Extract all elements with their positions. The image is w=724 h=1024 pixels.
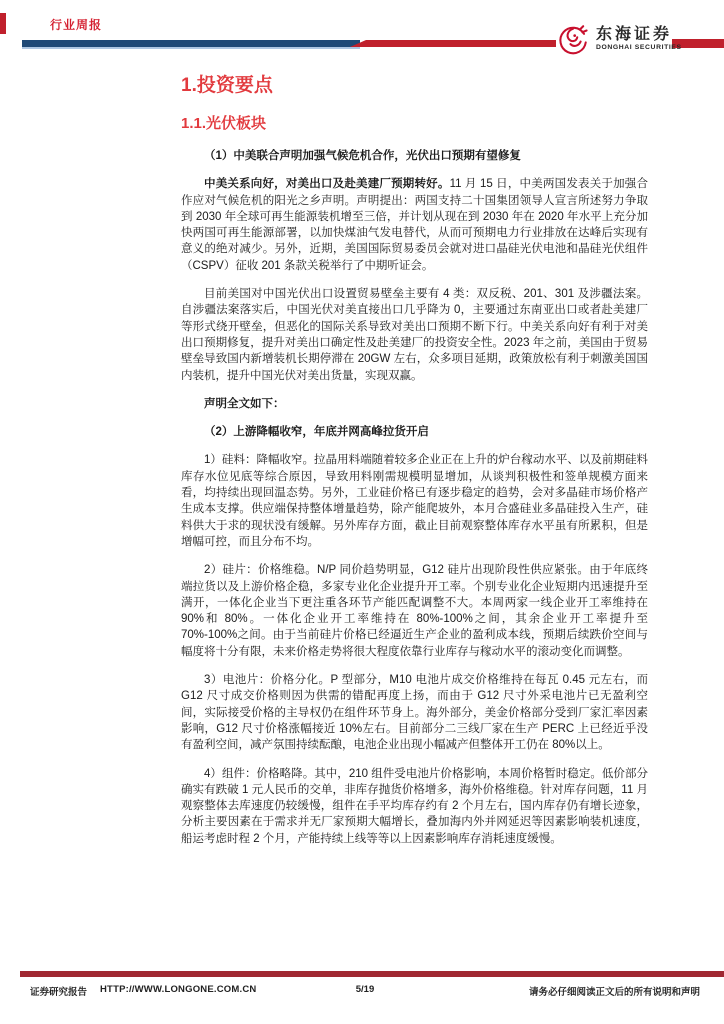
- footer-divider-bar: [20, 971, 724, 977]
- paragraph-cell: 3）电池片：价格分化。P 型部分，M10 电池片成交价格维持在每瓦 0.45 元…: [181, 672, 648, 753]
- paragraph-silicon-material: 1）硅料：降幅收窄。拉晶用料端随着较多企业正在上升的炉台稼动水平、以及前期硅料库…: [181, 452, 648, 550]
- paragraph-text: 11 月 15 日，中美两国发表关于加强合作应对气候危机的阳光之乡声明。声明提出…: [181, 178, 648, 271]
- footer-disclaimer: 请务必仔细阅读正文后的所有说明和声明: [529, 984, 700, 998]
- company-name-cn: 东海证券: [596, 26, 682, 43]
- report-type-label: 行业周报: [50, 16, 102, 33]
- subhead-statement-fulltext: 声明全文如下：: [181, 396, 648, 412]
- paragraph-us-china-statement: 中美关系向好，对美出口及赴美建厂预期转好。11 月 15 日，中美两国发表关于加…: [181, 176, 648, 274]
- section-title-1-1: 1.1.光伏板块: [181, 114, 648, 134]
- subhead-point-2: （2）上游降幅收窄，年底并网高峰拉货开启: [181, 424, 648, 440]
- paragraph-bold-lead: 中美关系向好，对美出口及赴美建厂预期转好。: [204, 178, 450, 190]
- paragraph-trade-barriers: 目前美国对中国光伏出口设置贸易壁垒主要有 4 类：双反税、201、301 及涉疆…: [181, 286, 648, 384]
- header-divider-blue: [22, 40, 360, 49]
- footer-page-number: 5/19: [340, 984, 390, 995]
- section-title-1: 1.投资要点: [181, 74, 648, 98]
- footer-report-label: 证券研究报告: [30, 984, 87, 998]
- left-edge-red-stripe: [0, 13, 6, 34]
- header-divider-red: [350, 40, 556, 47]
- report-body: 1.投资要点 1.1.光伏板块 （1）中美联合声明加强气候危机合作，光伏出口预期…: [181, 74, 648, 859]
- footer-website-url: HTTP://WWW.LONGONE.COM.CN: [100, 984, 256, 995]
- paragraph-module: 4）组件：价格略降。其中，210 组件受电池片价格影响，本周价格暂时稳定。低价部…: [181, 766, 648, 847]
- footer: 证券研究报告 HTTP://WWW.LONGONE.COM.CN 5/19 请务…: [0, 984, 724, 1000]
- paragraph-wafer: 2）硅片：价格维稳。N/P 同价趋势明显，G12 硅片出现阶段性供应紧张。由于年…: [181, 562, 648, 660]
- company-logo-text: 东海证券 DONGHAI SECURITIES: [596, 26, 682, 52]
- company-logo: 东海证券 DONGHAI SECURITIES: [556, 22, 682, 56]
- dragon-emblem-icon: [556, 22, 590, 56]
- subhead-point-1: （1）中美联合声明加强气候危机合作，光伏出口预期有望修复: [181, 148, 648, 164]
- company-name-en: DONGHAI SECURITIES: [596, 43, 682, 52]
